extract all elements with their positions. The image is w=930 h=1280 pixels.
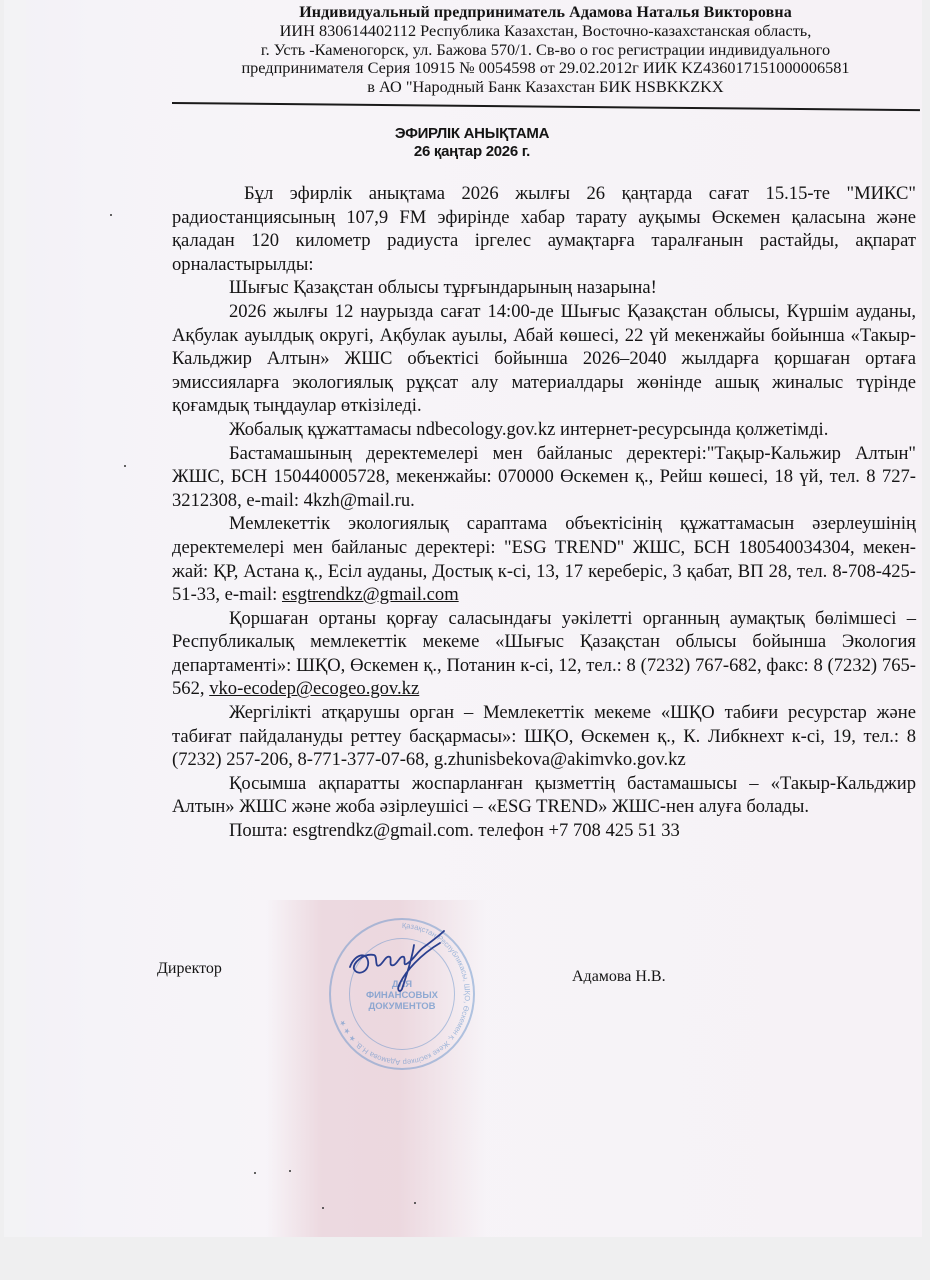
developer-email-link[interactable]: esgtrendkz@gmail.com — [282, 584, 459, 605]
letterhead: Индивидуальный предприниматель Адамова Н… — [172, 4, 919, 96]
letterhead-bank: в АО "Народный Банк Казахстан БИК HSBKKZ… — [172, 78, 919, 96]
paragraph-documentation: Жобалық құжаттамасы ndbecology.gov.kz ин… — [172, 418, 916, 442]
document-title: ЭФИРЛІК АНЫҚТАМА — [172, 125, 772, 143]
paragraph-authority: Қоршаған ортаны қорғау саласындағы уәкіл… — [172, 607, 916, 701]
scan-speck — [254, 1172, 256, 1174]
document-body: Бұл эфирлік анықтама 2026 жылғы 26 қаңта… — [172, 182, 916, 843]
signer-name: Адамова Н.В. — [572, 968, 666, 986]
paragraph-hearing: 2026 жылғы 12 наурызда сағат 14:00-де Шы… — [172, 300, 916, 418]
scan-speck — [414, 1202, 416, 1204]
document-title-block: ЭФИРЛІК АНЫҚТАМА 26 қаңтар 2026 г. — [172, 125, 772, 161]
letterhead-iin: ИИН 830614402112 Республика Казахстан, В… — [172, 22, 919, 40]
handwritten-signature-icon — [344, 925, 454, 995]
document-page: Индивидуальный предприниматель Адамова Н… — [4, 0, 922, 1237]
paragraph-intro: Бұл эфирлік анықтама 2026 жылғы 26 қаңта… — [172, 182, 916, 276]
document-date: 26 қаңтар 2026 г. — [172, 143, 772, 161]
letterhead-owner: Индивидуальный предприниматель Адамова Н… — [172, 4, 919, 22]
paragraph-additional: Қосымша ақпаратты жоспарланған қызметтің… — [172, 772, 916, 819]
paragraph-attention: Шығыс Қазақстан облысы тұрғындарының наз… — [172, 276, 916, 300]
paragraph-developer: Мемлекеттік экологиялық сараптама объект… — [172, 512, 916, 606]
scan-speck — [322, 1207, 324, 1209]
paragraph-executive: Жергілікті атқарушы орган – Мемлекеттік … — [172, 701, 916, 772]
scan-speck — [124, 465, 126, 467]
letterhead-registration: предпринимателя Серия 10915 № 0054598 от… — [172, 59, 919, 77]
paragraph-initiator: Бастамашының деректемелері мен байланыс … — [172, 442, 916, 513]
signer-position: Директор — [157, 960, 222, 978]
scan-edge — [4, 0, 26, 1237]
letterhead-address: г. Усть -Каменогорск, ул. Бажова 570/1. … — [172, 41, 919, 59]
letterhead-divider — [172, 102, 920, 111]
paragraph-contacts: Пошта: esgtrendkz@gmail.com. телефон +7 … — [172, 819, 916, 843]
scan-speck — [110, 214, 112, 216]
scan-speck — [289, 1170, 291, 1172]
ecodep-email-link[interactable]: vko-ecodep@ecogeo.gov.kz — [209, 678, 419, 699]
